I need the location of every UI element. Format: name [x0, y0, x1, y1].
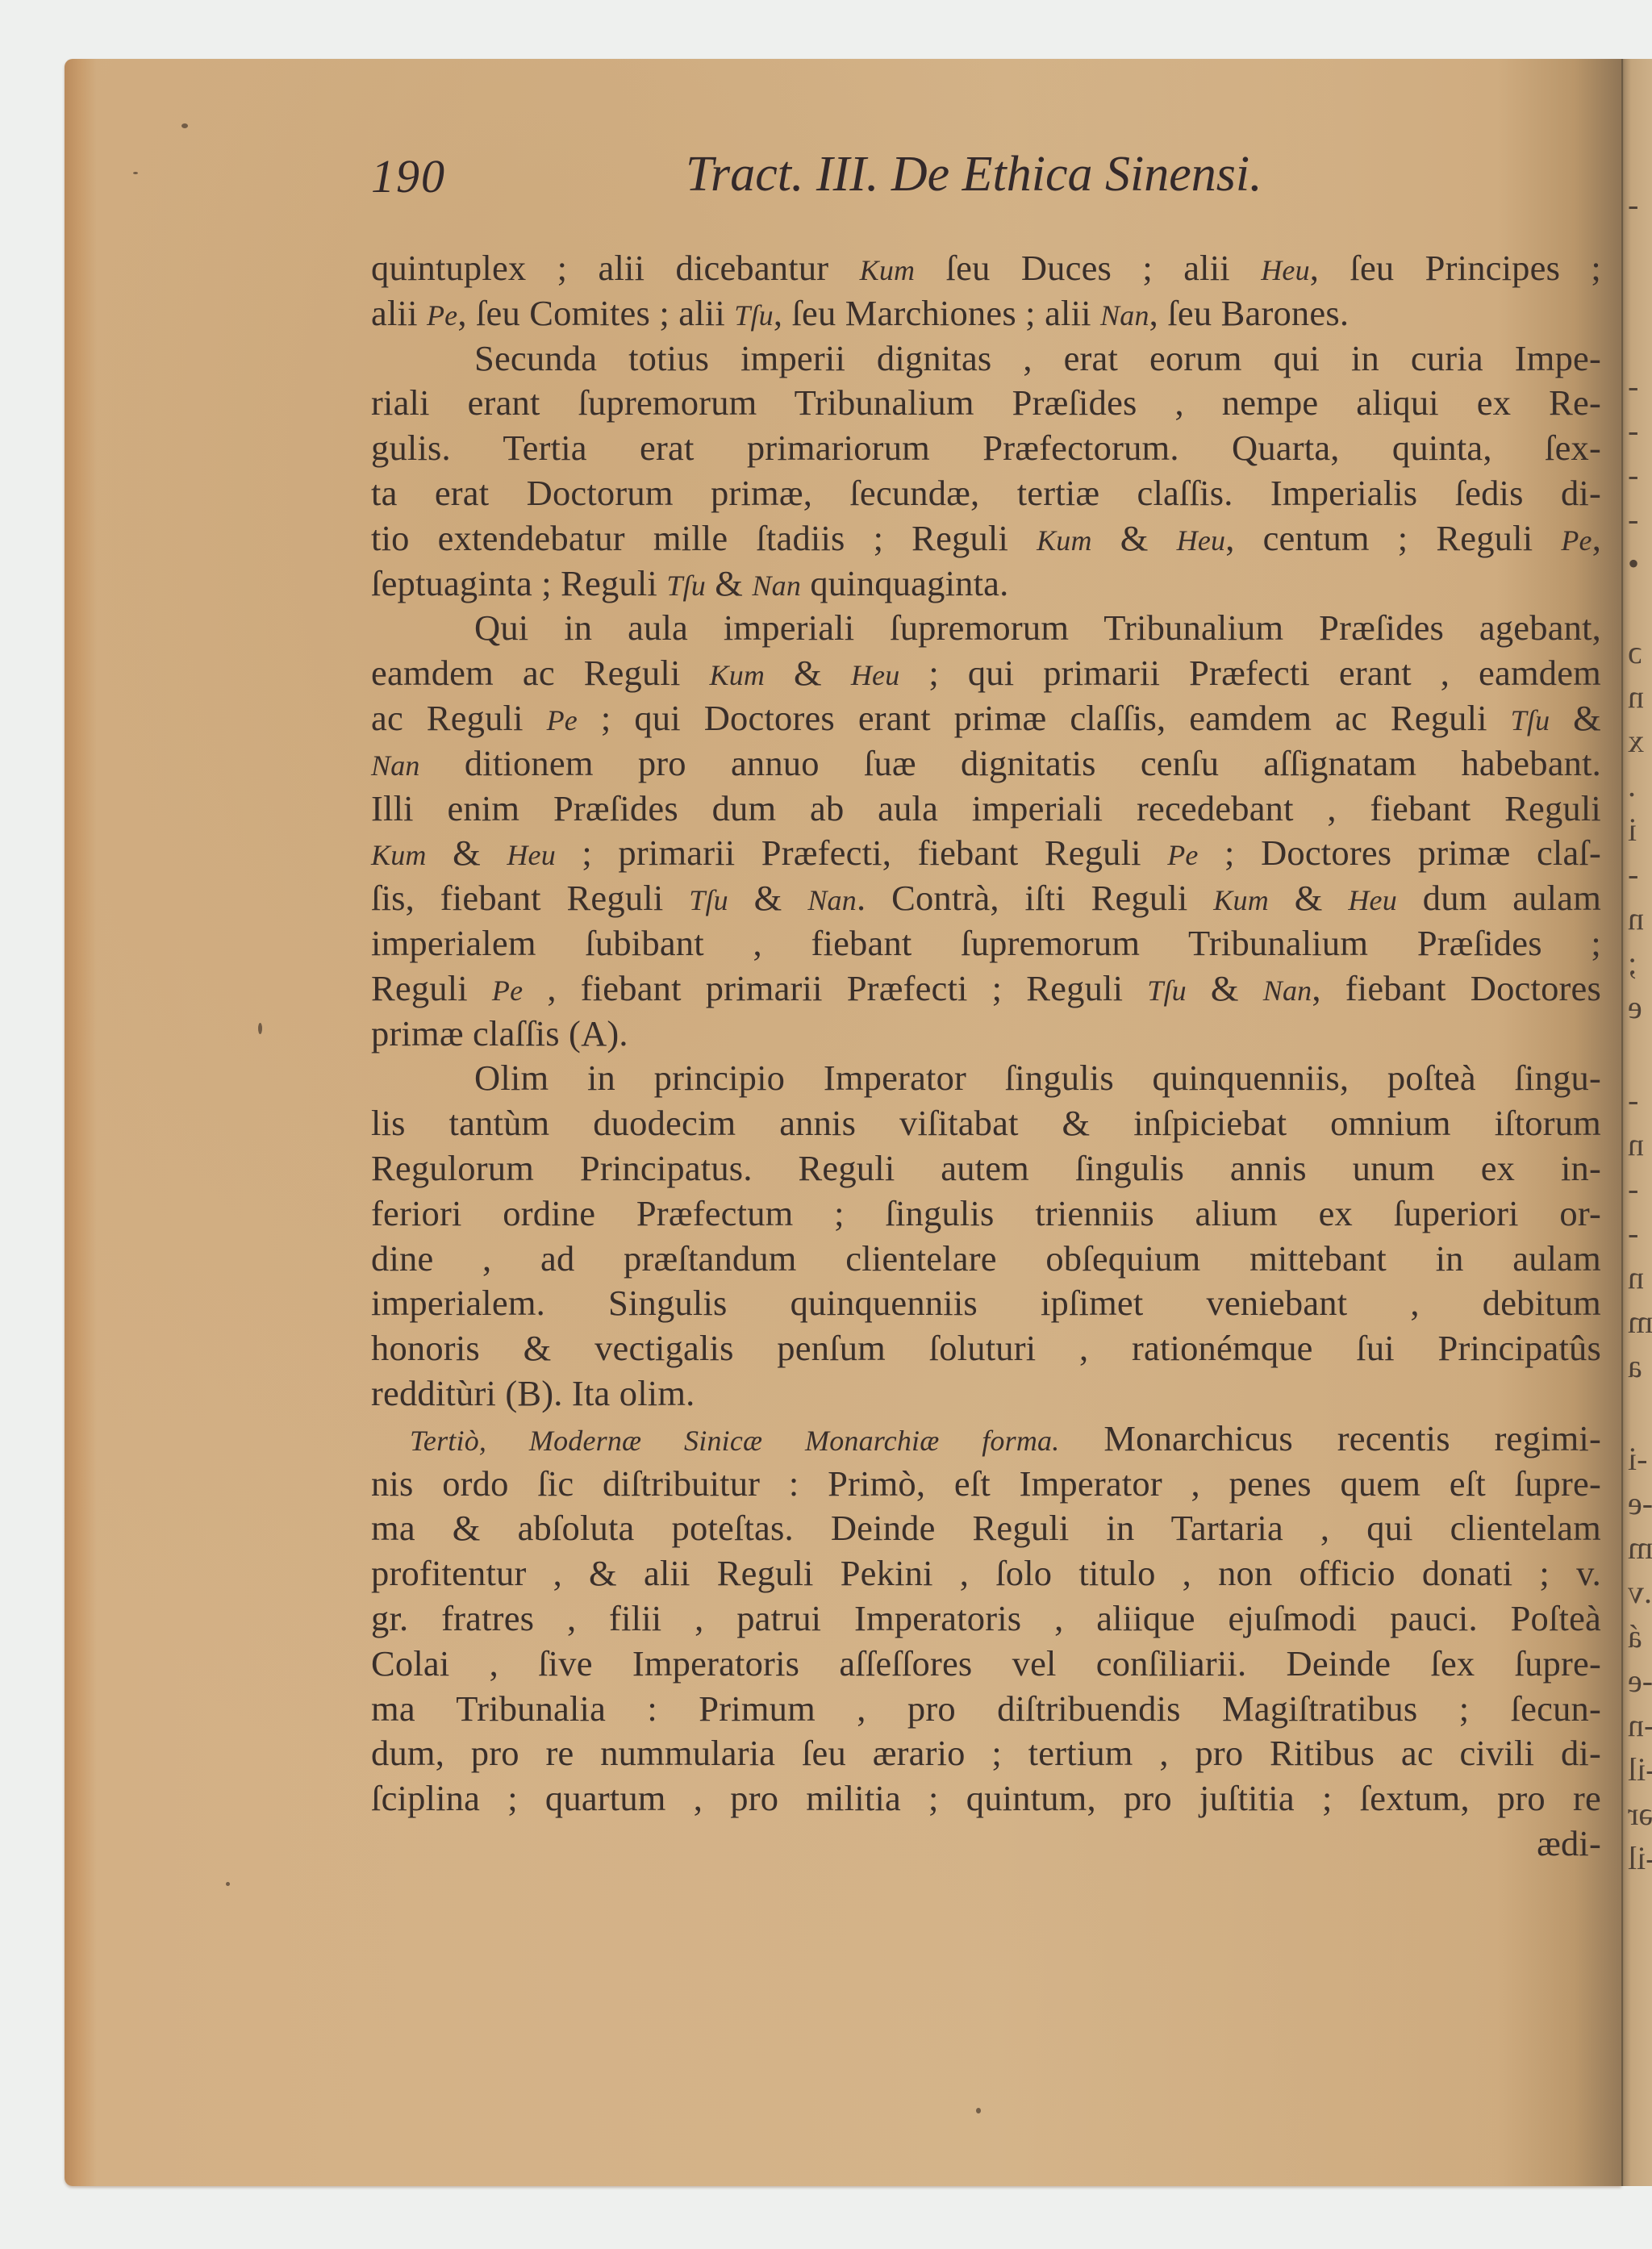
text-line: eamdem ac Reguli Kum & Heu ; qui primari…: [371, 651, 1601, 696]
text-run: &: [1187, 968, 1263, 1008]
text-run: ditionem pro annuo ſuæ dignitatis cenſu …: [420, 743, 1601, 783]
text-run: profitentur , & alii Reguli Pekini , ſol…: [371, 1553, 1601, 1593]
text-run: &: [765, 653, 851, 693]
italic-term: Heu: [1348, 884, 1397, 916]
text-run: dine , ad præſtandum clientelare obſequi…: [371, 1238, 1601, 1279]
facing-page-fragment: m: [1628, 1303, 1652, 1341]
text-run: Secunda totius imperii dignitas , erat e…: [474, 338, 1601, 378]
text-run: , ſeu Barones.: [1149, 293, 1350, 333]
text-line: Tertiò, Modernæ Sinicæ Monarchiæ forma. …: [371, 1417, 1601, 1462]
text-line: Reguli Pe , fiebant primarii Præfecti ; …: [371, 966, 1601, 1012]
facing-page-fragment: -: [1628, 367, 1638, 405]
running-title: Tract. III. De Ethica Sinensi.: [686, 146, 1262, 203]
facing-page-fragment: á: [1628, 1617, 1642, 1655]
text-run: ſeptuaginta ; Reguli: [371, 563, 666, 603]
text-run: tio extendebatur mille ſtadiis ; Reguli: [371, 518, 1037, 558]
italic-term: Nan: [807, 884, 857, 916]
facing-page-fragment: -n: [1628, 1706, 1652, 1744]
text-line: Regulorum Principatus. Reguli autem ſing…: [371, 1146, 1601, 1191]
text-line: gulis. Tertia erat primariorum Præfector…: [371, 426, 1601, 471]
italic-term: Tſu: [689, 884, 728, 916]
text-run: &: [427, 832, 507, 873]
facing-page-fragment: -: [1628, 456, 1638, 494]
text-line: dum, pro re nummularia ſeu ærario ; tert…: [371, 1731, 1601, 1776]
text-run: dum aulam: [1397, 878, 1601, 918]
facing-page-fragment: -: [1628, 1081, 1638, 1119]
text-run: quinquaginta.: [801, 563, 1008, 603]
text-run: lis tantùm duodecim annis viſitabat & in…: [371, 1103, 1601, 1143]
text-line: ma Tribunalia : Primum , pro diſtribuend…: [371, 1687, 1601, 1732]
text-run: ,: [1592, 518, 1601, 558]
text-run: &: [1269, 878, 1348, 918]
italic-term: Pe: [547, 704, 578, 736]
facing-page-fragment: m: [1628, 1529, 1652, 1567]
text-line: feriori ordine Præfectum ; ſingulis trie…: [371, 1191, 1601, 1237]
facing-page-fragment: .: [1628, 766, 1636, 804]
text-run: , fiebant primarii Præfecti ; Reguli: [523, 968, 1147, 1008]
facing-page-fragment: -: [1628, 500, 1638, 538]
text-line: quintuplex ; alii dicebantur Kum ſeu Duc…: [371, 246, 1601, 291]
text-line: imperialem ſubibant , fiebant ſupremorum…: [371, 921, 1601, 966]
text-run: primæ claſſis (A).: [371, 1013, 628, 1054]
italic-term: Heu: [1177, 524, 1226, 557]
text-run: alii: [371, 293, 427, 333]
italic-term: Kum: [710, 659, 766, 691]
facing-page-fragment: ;: [1628, 944, 1637, 982]
text-line: Kum & Heu ; primarii Præfecti, fiebant R…: [371, 831, 1601, 876]
text-run: ; Doctores primæ claſ-: [1199, 832, 1601, 873]
paper-speck: [976, 2108, 981, 2113]
text-run: Qui in aula imperiali ſupremorum Tribuna…: [474, 607, 1601, 648]
facing-page-fragment: -e: [1628, 1662, 1652, 1700]
text-line: nis ordo ſic diſtribuitur : Primò, eſt I…: [371, 1462, 1601, 1507]
text-run: eamdem ac Reguli: [371, 653, 710, 693]
text-run: ta erat Doctorum primæ, ſecundæ, tertiæ …: [371, 473, 1601, 513]
text-run: Monarchicus recentis regimi-: [1059, 1418, 1601, 1458]
facing-page-fragment: -il: [1628, 1750, 1652, 1788]
text-run: , ſeu Marchiones ; alii: [774, 293, 1100, 333]
text-run: ſis, fiebant Reguli: [371, 878, 689, 918]
italic-term: Kum: [1037, 524, 1092, 557]
text-line: Qui in aula imperiali ſupremorum Tribuna…: [371, 606, 1601, 651]
facing-page-edge: -----•ɔnx.i-n;e-n--nma-i-em.vá-e-n-ilər-…: [1621, 59, 1652, 2186]
text-run: Olim in principio Imperator ſingulis qui…: [474, 1058, 1601, 1098]
text-run: , fiebant Doctores: [1312, 968, 1601, 1008]
facing-page-fragment: -e: [1628, 1484, 1652, 1522]
italic-term: Pe: [1561, 524, 1592, 557]
text-run: ; qui primarii Præfecti erant , eamdem: [899, 653, 1601, 693]
text-run: riali erant ſupremorum Tribunalium Præſi…: [371, 382, 1601, 423]
facing-page-fragment: -: [1628, 411, 1638, 449]
paper-speck: [181, 123, 188, 128]
facing-page-fragment: i: [1628, 811, 1637, 849]
scanned-book-spread: -----•ɔnx.i-n;e-n--nma-i-em.vá-e-n-ilər-…: [0, 0, 1652, 2249]
italic-term: Nan: [1100, 299, 1149, 332]
text-run: , ſeu Principes ;: [1310, 248, 1601, 288]
text-line: dine , ad præſtandum clientelare obſequi…: [371, 1237, 1601, 1282]
facing-page-fragment: a: [1628, 1347, 1642, 1385]
text-line: honoris & vectigalis penſum ſoluturi , r…: [371, 1326, 1601, 1371]
facing-page-fragment: -: [1628, 1170, 1638, 1208]
paper-speck: [226, 1882, 230, 1886]
text-line: redditùri (B). Ita olim.: [371, 1371, 1601, 1417]
italic-term: Heu: [507, 839, 556, 871]
text-line: Olim in principio Imperator ſingulis qui…: [371, 1056, 1601, 1101]
page-header: 190 Tract. III. De Ethica Sinensi.: [371, 149, 1597, 214]
facing-page-fragment: -: [1628, 186, 1638, 223]
italic-term: Pe: [492, 974, 523, 1007]
text-line: ſeptuaginta ; Reguli Tſu & Nan quinquagi…: [371, 561, 1601, 607]
text-line: riali erant ſupremorum Tribunalium Præſi…: [371, 381, 1601, 426]
facing-page-fragment: -i: [1628, 1440, 1647, 1478]
text-line: Nan ditionem pro annuo ſuæ dignitatis ce…: [371, 741, 1601, 787]
text-run: ma Tribunalia : Primum , pro diſtribuend…: [371, 1688, 1601, 1729]
facing-page-fragment: •: [1628, 545, 1639, 582]
text-line: Colai , ſive Imperatoris aſſeſſores vel …: [371, 1642, 1601, 1687]
italic-term: Kum: [371, 839, 427, 871]
paper-speck: [133, 172, 138, 174]
facing-page-fragment: ɔ: [1628, 633, 1642, 671]
text-run: imperialem. Singulis quinquenniis ipſime…: [371, 1283, 1601, 1323]
text-run: Illi enim Præſides dum ab aula imperiali…: [371, 788, 1601, 828]
text-line: ſis, fiebant Reguli Tſu & Nan. Contrà, i…: [371, 876, 1601, 921]
facing-page-fragment: n: [1628, 678, 1644, 716]
facing-page-fragment: -: [1628, 1214, 1638, 1252]
italic-term: Tſu: [734, 299, 774, 332]
italic-term: Tertiò, Modernæ Sinicæ Monarchiæ forma.: [410, 1425, 1059, 1457]
text-run: quintuplex ; alii dicebantur: [371, 248, 860, 288]
text-run: ſciplina ; quartum , pro militia ; quint…: [371, 1778, 1601, 1818]
text-run: nis ordo ſic diſtribuitur : Primò, eſt I…: [371, 1463, 1601, 1504]
facing-page-fragment: n: [1628, 1125, 1644, 1163]
text-run: honoris & vectigalis penſum ſoluturi , r…: [371, 1328, 1601, 1368]
text-run: &: [1550, 698, 1601, 738]
text-run: ac Reguli: [371, 698, 547, 738]
italic-term: Nan: [371, 749, 420, 782]
text-run: ma & abſoluta poteſtas. Deinde Reguli in…: [371, 1508, 1601, 1548]
text-line: imperialem. Singulis quinquenniis ipſime…: [371, 1281, 1601, 1326]
facing-page-fragment: -: [1628, 855, 1638, 893]
text-run: imperialem ſubibant , fiebant ſupremorum…: [371, 923, 1601, 963]
text-line: Secunda totius imperii dignitas , erat e…: [371, 336, 1601, 382]
text-run: Colai , ſive Imperatoris aſſeſſores vel …: [371, 1643, 1601, 1684]
text-line: ſciplina ; quartum , pro militia ; quint…: [371, 1776, 1601, 1821]
text-run: &: [1092, 518, 1177, 558]
text-line: gr. fratres , filii , patrui Imperatoris…: [371, 1596, 1601, 1642]
paper-speck: [258, 1023, 262, 1034]
italic-term: Tſu: [1511, 704, 1550, 736]
italic-term: Nan: [1263, 974, 1312, 1007]
text-line: lis tantùm duodecim annis viſitabat & in…: [371, 1101, 1601, 1146]
text-line: profitentur , & alii Reguli Pekini , ſol…: [371, 1551, 1601, 1596]
facing-page-fragment: ər: [1628, 1795, 1652, 1833]
text-run: redditùri (B). Ita olim.: [371, 1373, 695, 1413]
facing-page-fragment: n: [1628, 899, 1644, 937]
italic-term: Heu: [851, 659, 900, 691]
catchword: ædi-: [371, 1821, 1601, 1867]
italic-term: Tſu: [1147, 974, 1187, 1007]
text-line: Illi enim Præſides dum ab aula imperiali…: [371, 787, 1601, 832]
italic-term: Tſu: [666, 570, 706, 602]
text-run: &: [706, 563, 752, 603]
text-run: , ſeu Comites ; alii: [457, 293, 734, 333]
page-number: 190: [371, 149, 446, 203]
italic-term: Kum: [1213, 884, 1269, 916]
text-run: Regulorum Principatus. Reguli autem ſing…: [371, 1148, 1601, 1188]
italic-term: Pe: [1167, 839, 1198, 871]
text-line: ta erat Doctorum primæ, ſecundæ, tertiæ …: [371, 471, 1601, 516]
text-line: ac Reguli Pe ; qui Doctores erant primæ …: [371, 696, 1601, 741]
text-line: ma & abſoluta poteſtas. Deinde Reguli in…: [371, 1506, 1601, 1551]
text-run: gr. fratres , filii , patrui Imperatoris…: [371, 1598, 1601, 1638]
body-text: quintuplex ; alii dicebantur Kum ſeu Duc…: [371, 246, 1601, 1867]
text-run: dum, pro re nummularia ſeu ærario ; tert…: [371, 1733, 1601, 1773]
text-run: . Contrà, iſti Reguli: [857, 878, 1213, 918]
text-run: , centum ; Reguli: [1225, 518, 1561, 558]
binding-gutter: [1621, 59, 1623, 2186]
italic-term: Kum: [860, 254, 916, 286]
facing-page-fragment: x: [1628, 722, 1644, 760]
text-run: ſeu Duces ; alii: [915, 248, 1261, 288]
text-run: gulis. Tertia erat primariorum Præfector…: [371, 428, 1601, 468]
text-run: feriori ordine Præfectum ; ſingulis trie…: [371, 1193, 1601, 1233]
text-run: ; primarii Præfecti, fiebant Reguli: [556, 832, 1167, 873]
facing-page-fragment: -il: [1628, 1839, 1652, 1877]
facing-page-fragment: n: [1628, 1258, 1644, 1296]
facing-page-fragment: .v: [1628, 1573, 1652, 1611]
text-run: Reguli: [371, 968, 492, 1008]
text-line: primæ claſſis (A).: [371, 1012, 1601, 1057]
text-run: &: [728, 878, 807, 918]
italic-term: Pe: [427, 299, 457, 332]
italic-term: Nan: [752, 570, 801, 602]
facing-page-fragment: e: [1628, 988, 1642, 1026]
text-line: tio extendebatur mille ſtadiis ; Reguli …: [371, 516, 1601, 561]
text-line: alii Pe, ſeu Comites ; alii Tſu, ſeu Mar…: [371, 291, 1601, 336]
text-run: ; qui Doctores erant primæ claſſis, eamd…: [578, 698, 1511, 738]
italic-term: Heu: [1261, 254, 1310, 286]
